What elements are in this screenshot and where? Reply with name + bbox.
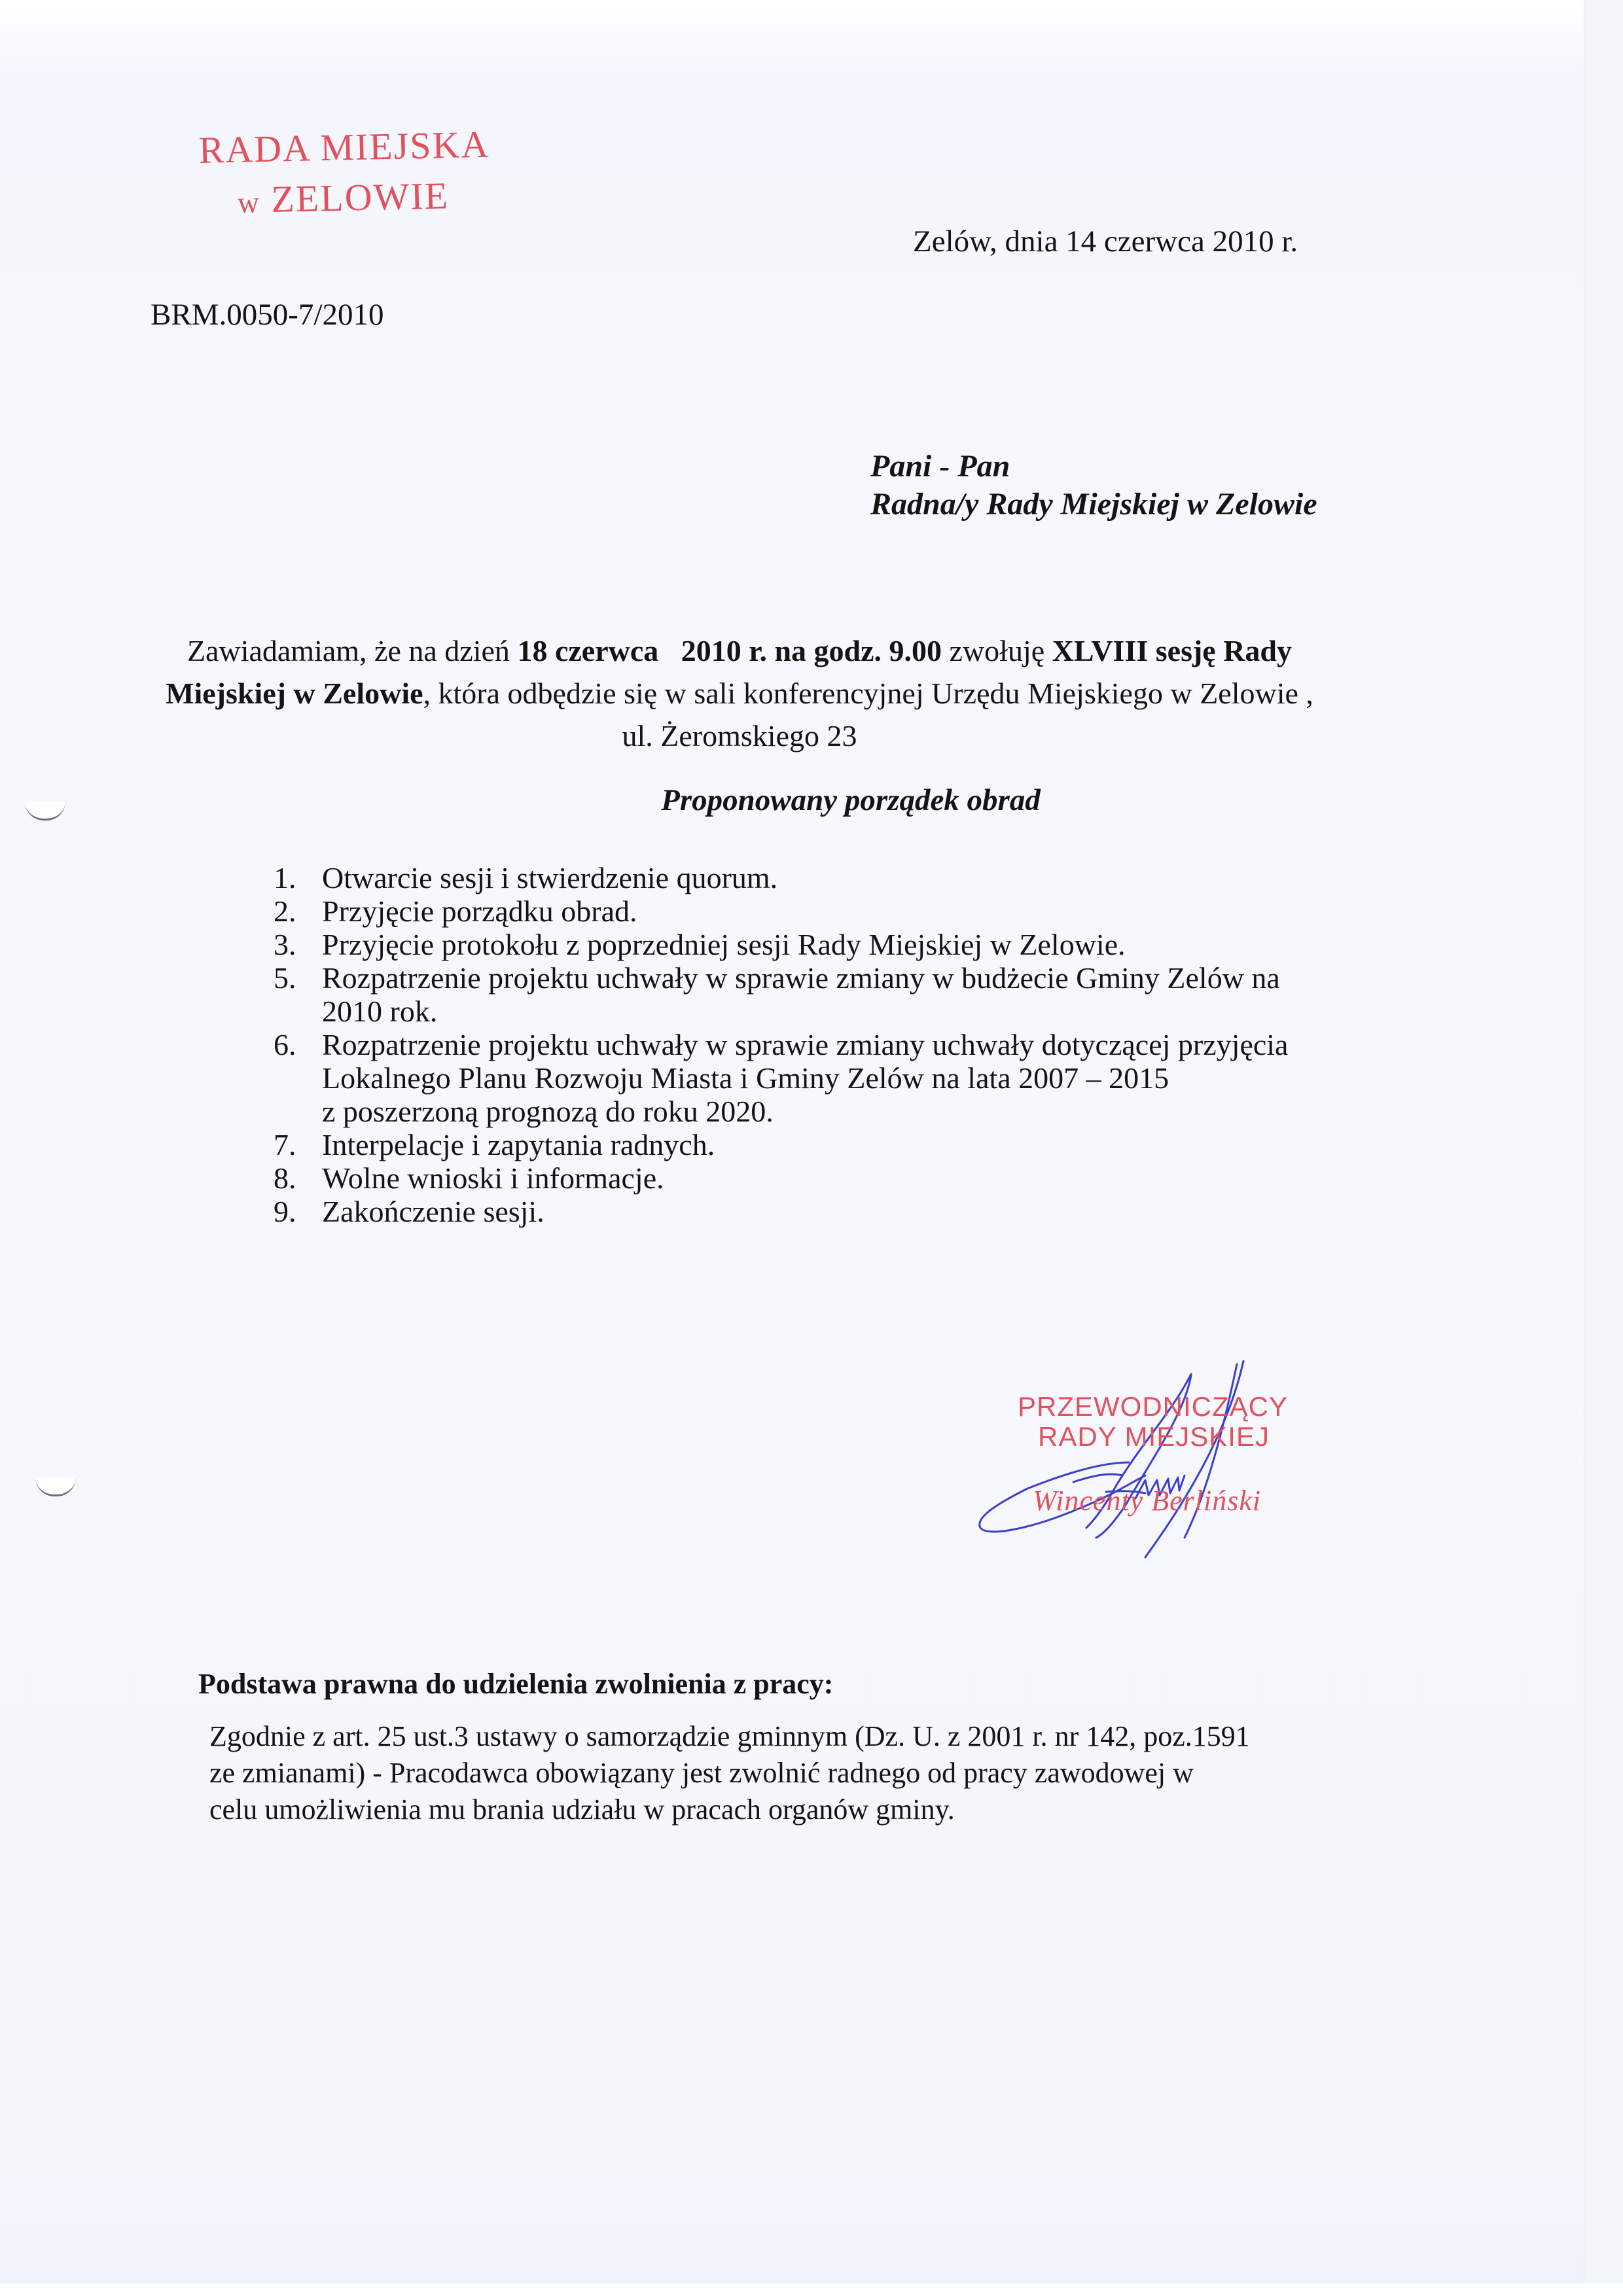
agenda-item: 3.Przyjęcie protokołu z poprzedniej sesj… (274, 928, 1435, 961)
agenda-item: 1.Otwarcie sesji i stwierdzenie quorum. (274, 861, 1435, 894)
agenda-item: 2.Przyjęcie porządku obrad. (274, 894, 1435, 928)
intro-text-1: Zawiadamiam, że na dzień (187, 634, 517, 667)
agenda-item: 8.Wolne wnioski i informacje. (274, 1161, 1435, 1195)
agenda-item-text: Rozpatrzenie projektu uchwały w sprawie … (322, 1028, 1435, 1128)
reference-number: BRM.0050-7/2010 (151, 297, 383, 332)
agenda-item-text: Interpelacje i zapytania radnych. (322, 1128, 1435, 1161)
session-date: 18 czerwca (517, 634, 658, 667)
agenda-item-text: Rozpatrzenie projektu uchwały w sprawie … (322, 961, 1435, 1028)
council-stamp-line2: w ZELOWIE (237, 173, 450, 222)
agenda-item: 7.Interpelacje i zapytania radnych. (274, 1128, 1435, 1161)
agenda-item: 5.Rozpatrzenie projektu uchwały w sprawi… (274, 961, 1435, 1028)
signature-stamp-name: Wincenty Berliński (1033, 1484, 1261, 1517)
legal-basis-heading: Podstawa prawna do udzielenia zwolnienia… (198, 1667, 833, 1701)
agenda-item-number: 6. (274, 1028, 322, 1128)
agenda-item-text: Wolne wnioski i informacje. (322, 1161, 1435, 1195)
addressee-line2: Radna/y Rady Miejskiej w Zelowie (870, 486, 1317, 523)
council-stamp-line1: RADA MIEJSKA (198, 122, 490, 172)
legal-basis-text: Zgodnie z art. 25 ust.3 ustawy o samorzą… (209, 1718, 1250, 1828)
scan-edge-right (1584, 0, 1623, 2296)
scan-edge-bottom (0, 2284, 1623, 2296)
place-and-date: Zelów, dnia 14 czerwca 2010 r. (913, 224, 1298, 259)
signature-stamp-title: PRZEWODNICZĄCY (1018, 1391, 1288, 1422)
intro-text-3: , która odbędzie się w sali konferencyjn… (423, 677, 1313, 752)
agenda-item: 9.Zakończenie sesji. (274, 1195, 1435, 1228)
agenda-item-text: Zakończenie sesji. (322, 1195, 1435, 1228)
council-stamp-city: ZELOWIE (271, 174, 450, 221)
agenda-item-text: Przyjęcie protokołu z poprzedniej sesji … (322, 928, 1435, 961)
agenda-title: Proponowany porządek obrad (0, 783, 1623, 818)
agenda-item-number: 3. (274, 928, 322, 961)
agenda-item-number: 9. (274, 1195, 322, 1228)
addressee-line1: Pani - Pan (870, 448, 1317, 486)
addressee-block: Pani - Pan Radna/y Rady Miejskiej w Zelo… (870, 448, 1317, 523)
agenda-item-number: 8. (274, 1161, 322, 1195)
council-stamp-prefix: w (237, 185, 260, 219)
agenda-list: 1.Otwarcie sesji i stwierdzenie quorum.2… (274, 861, 1435, 1228)
intro-text-2: zwołuję (942, 634, 1052, 667)
agenda-item-number: 5. (274, 961, 322, 1028)
session-year-time: 2010 r. na godz. 9.00 (681, 634, 942, 667)
agenda-item-number: 2. (274, 894, 322, 928)
signature-stamp-council: RADY MIEJSKIEJ (1038, 1421, 1270, 1453)
agenda-item-text: Przyjęcie porządku obrad. (322, 894, 1435, 928)
agenda-item: 6.Rozpatrzenie projektu uchwały w sprawi… (274, 1028, 1435, 1128)
session-announcement: Zawiadamiam, że na dzień 18 czerwca 2010… (157, 629, 1322, 757)
agenda-item-number: 1. (274, 861, 322, 894)
agenda-item-text: Otwarcie sesji i stwierdzenie quorum. (322, 861, 1435, 894)
handwritten-signature (949, 1341, 1342, 1570)
agenda-item-number: 7. (274, 1128, 322, 1161)
